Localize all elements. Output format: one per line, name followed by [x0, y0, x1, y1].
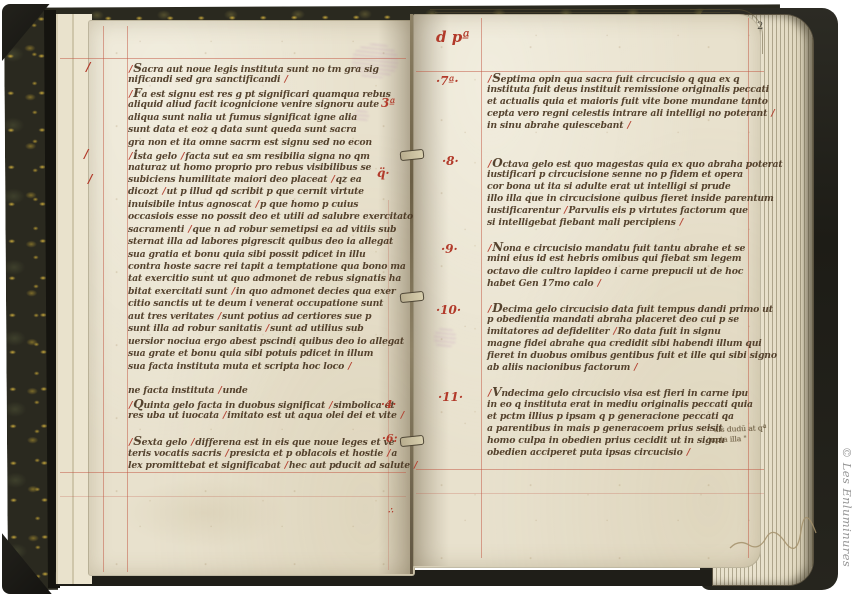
manuscript-line: /Sacra aut noue legis instituta sunt no … [128, 62, 378, 74]
manuscript-line: et pctm illius p ipsam q p generacione p… [487, 411, 749, 423]
manuscript-line: et actualis quia et maioris fuit vite bo… [487, 96, 749, 108]
manuscript-line: uersior nociua ergo abest pscindi quibus… [128, 336, 378, 348]
manuscript-line: res uba ut iuocata /imitato est ut aqua … [128, 410, 378, 422]
manuscript-line: sunt data et eoz q data sunt queda sunt … [128, 124, 378, 136]
manuscript-line [128, 373, 378, 385]
manuscript-line [487, 132, 749, 144]
manuscript-line: sua gratia et bonu quia sibi possit pdic… [128, 249, 378, 261]
manuscript-line: dicozt /ut p illud qd scribit p que cern… [128, 186, 378, 198]
manuscript-line: ab aliis nacionibus factorum / [487, 362, 749, 374]
ruling-line [416, 493, 764, 494]
leaf-edge-corner [690, 9, 763, 54]
manuscript-line: sternat illa ad labores pigrescit quibus… [128, 236, 378, 248]
manuscript-line: in eo q instituta erat in mediu original… [487, 399, 749, 411]
manuscript-line: si intelligebat fiebant mali percipiens … [487, 217, 749, 229]
manuscript-line: occasiois esse no possit deo et utili ad… [128, 211, 378, 223]
manuscript-line: lex promittebat et significabat /hec aut… [128, 460, 378, 472]
manuscript-line: /Fa est signu est res g pt significari q… [128, 87, 378, 99]
manuscript-line: /Decima gelo circucisio data fuit tempus… [487, 302, 749, 314]
left-page-text: /Sacra aut noue legis instituta sunt no … [128, 62, 378, 472]
manuscript-line [487, 290, 749, 302]
manuscript-photo: /Sacra aut noue legis instituta sunt no … [0, 0, 863, 600]
leaf-edge-line [435, 12, 730, 13]
manuscript-line: habet Gen 17mo calo / [487, 278, 749, 290]
manuscript-line: mini eius id est hebris omibus qui fieba… [487, 253, 749, 265]
manuscript-line: iustificarentur /Parvulis eis p virtutes… [487, 205, 749, 217]
manuscript-line: fieret in duobus omibus gentibus fuit et… [487, 350, 749, 362]
manuscript-line: citio sanctis ut te deum i venerat occup… [128, 298, 378, 310]
manuscript-line: naturaz ut homo proprio pro rebus visibi… [128, 162, 378, 174]
flyleaf-edges-left [56, 14, 92, 584]
manuscript-line: magne fidei abrahe qua credidit sibi hab… [487, 338, 749, 350]
manuscript-line: sacramenti /que n ad robur semetipsi ea … [128, 224, 378, 236]
ruling-line [481, 18, 482, 558]
credit-watermark: © Les Enluminures [840, 428, 854, 586]
folio-number: 2 [757, 21, 763, 32]
manuscript-line: /Sexta gelo /differena est in eis que no… [128, 435, 378, 447]
manuscript-line: gra non et ita omne sacrm est signu sed … [128, 137, 378, 149]
manuscript-line: /ista gelo /facta sut ea sm resibilia si… [128, 149, 378, 161]
manuscript-line: sua facta instituta muta et scripta hoc … [128, 361, 378, 373]
manuscript-line: tat exercitio sunt ut quo admonet de reb… [128, 273, 378, 285]
manuscript-line [487, 229, 749, 241]
marginal-note: " uls dudū at qªinpta illa " [708, 423, 787, 445]
leaf-edge-line [430, 9, 720, 10]
manuscript-line: /Septima opin qua sacra fuit circucisio … [487, 72, 749, 84]
manuscript-line: /Octava gelo est quo magestas quia ex qu… [487, 157, 749, 169]
parchment-crease [728, 516, 820, 568]
manuscript-line: /Nona e circucisio mandatu fuit tantu ab… [487, 241, 749, 253]
manuscript-line: bitat exercitati sunt /in quo admonet de… [128, 286, 378, 298]
manuscript-line: ne facta instituta /unde [128, 385, 378, 397]
manuscript-line: /Vndecima gelo circucisio visa est fieri… [487, 386, 749, 398]
manuscript-line: aliquid aliud facit icognicione venire s… [128, 99, 378, 111]
manuscript-line: teris vocatis sacris /presicta et p obla… [128, 448, 378, 460]
right-page-text: /Septima opin qua sacra fuit circucisio … [487, 72, 749, 471]
manuscript-line: p obedientia mandati abraha placeret deo… [487, 314, 749, 326]
manuscript-line: iustificari p circucisione senne no p fi… [487, 169, 749, 181]
manuscript-line: in sinu abrahe quiescebant / [487, 120, 749, 132]
manuscript-line: aut tres veritates /sunt potius ad certi… [128, 311, 378, 323]
manuscript-line: imitatores ad defideliter /Ro data fuit … [487, 326, 749, 338]
manuscript-line: sua grate et bonu quia sibi potuis pdice… [128, 348, 378, 360]
manuscript-line: sunt illa ad robur sanitatis /sunt ad ut… [128, 323, 378, 335]
manuscript-line: /Quinta gelo facta in duobus significat … [128, 398, 378, 410]
manuscript-line [487, 374, 749, 386]
ruling-line [103, 26, 104, 572]
manuscript-line: nificandi sed gra sanctificandi / [128, 74, 378, 86]
manuscript-line: aliqua sunt nalia ut fumus significat ig… [128, 112, 378, 124]
manuscript-line: cor bona ut ita si adulte erat ut intell… [487, 181, 749, 193]
manuscript-line: instituta fuit deus instituit remissione… [487, 84, 749, 96]
manuscript-line: octavo die cultro lapideo i carne prepuc… [487, 266, 749, 278]
manuscript-line: contra hoste sacre rei tapit a temptatio… [128, 261, 378, 273]
manuscript-line [487, 459, 749, 471]
ruling-line [388, 200, 389, 570]
manuscript-line [128, 423, 378, 435]
manuscript-line: illo illa que in circucisione quibus fie… [487, 193, 749, 205]
gutter-shadow-right [413, 14, 449, 566]
manuscript-line: obedien acciperet puta ipsas circucisio … [487, 447, 749, 459]
manuscript-line: inuisibile intus agnoscat /p que homo p … [128, 199, 378, 211]
ink-offset-stain [434, 328, 456, 348]
manuscript-line: subiciens humilitate maiori deo placeat … [128, 174, 378, 186]
manuscript-line: cepta vero regni celestis intrare ali in… [487, 108, 749, 120]
foxing-stain [120, 478, 290, 548]
manuscript-line [487, 145, 749, 157]
